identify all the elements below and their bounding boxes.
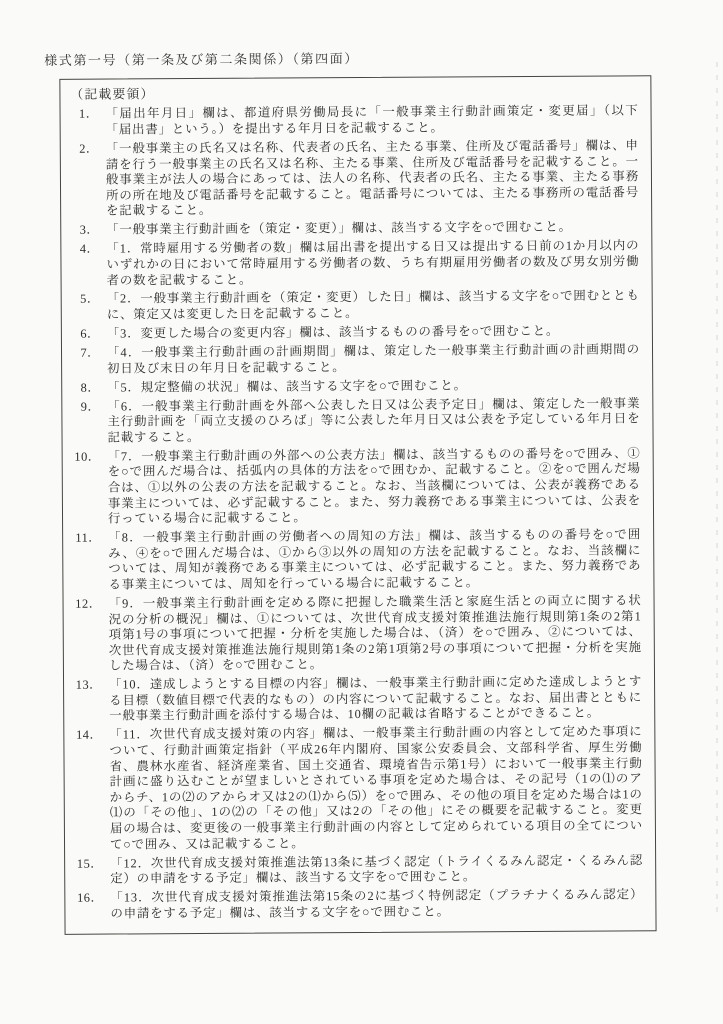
guideline-item-text: 「11．次世代育成支援対策の内容」欄は、一般事業主行動計画の内容として定めた事項… bbox=[109, 725, 643, 853]
guideline-item: 16．「13．次世代育成支援対策推進法第15条の2に基づく特例認定（プラチナくる… bbox=[73, 887, 643, 922]
guideline-item: 9．「6．一般事業主行動計画を外部へ公表した日又は公表予定日」欄は、策定した一般… bbox=[70, 396, 640, 446]
guideline-item-number: 16． bbox=[73, 891, 110, 922]
guideline-item: 7．「4．一般事業主行動計画の計画期間」欄は、策定した一般事業主行動計画の計画期… bbox=[70, 342, 640, 377]
guideline-item-number: 11． bbox=[71, 531, 108, 594]
guideline-item-number: 14． bbox=[72, 728, 110, 853]
guideline-item-text: 「2．一般事業主行動計画を（策定・変更）した日」欄は、該当する文字を○で囲むとと… bbox=[107, 289, 640, 323]
guidelines-box: （記載要領） 1．「届出年月日」欄は、都道府県労働局長に「一般事業主行動計画策定… bbox=[59, 75, 656, 935]
guideline-item-text: 「5．規定整備の状況」欄は、該当する文字を○で囲むこと。 bbox=[107, 377, 640, 396]
guideline-item-text: 「10．達成しようとする目標の内容」欄は、一般事業主行動計画に定めた達成しようと… bbox=[109, 675, 642, 725]
guideline-item: 14．「11．次世代育成支援対策の内容」欄は、一般事業主行動計画の内容として定め… bbox=[72, 725, 643, 853]
guideline-item-number: 3． bbox=[69, 223, 106, 239]
guidelines-list: 1．「届出年月日」欄は、都道府県労働局長に「一般事業主行動計画策定・変更届」（以… bbox=[69, 104, 644, 922]
guideline-item-text: 「1．常時雇用する労働者の数」欄は届出書を提出する日又は提出する日前の1か月以内… bbox=[106, 239, 639, 289]
guideline-item-number: 10． bbox=[71, 449, 108, 527]
guideline-item: 12．「9．一般事業主行動計画を定める際に把握した職業生活と家庭生活との両立に関… bbox=[72, 593, 642, 674]
guideline-item-text: 「12．次世代育成支援対策推進法第13条に基づく認定（トライくるみん認定・くるみ… bbox=[110, 853, 643, 887]
guideline-item-number: 12． bbox=[72, 596, 109, 674]
guideline-item-text: 「一般事業主行動計画を（策定・変更）」欄は、該当する文字を○で囲むこと。 bbox=[106, 220, 639, 239]
guideline-item: 13．「10．達成しようとする目標の内容」欄は、一般事業主行動計画に定めた達成し… bbox=[72, 675, 642, 725]
scan-noise-artifact bbox=[716, 62, 718, 912]
guideline-item-text: 「6．一般事業主行動計画を外部へ公表した日又は公表予定日」欄は、策定した一般事業… bbox=[107, 396, 640, 446]
guideline-item: 4．「1．常時雇用する労働者の数」欄は届出書を提出する日又は提出する日前の1か月… bbox=[69, 239, 639, 289]
guidelines-heading: （記載要領） bbox=[70, 83, 638, 103]
guideline-item-text: 「9．一般事業主行動計画を定める際に把握した職業生活と家庭生活との両立に関する状… bbox=[109, 593, 642, 674]
guideline-item-number: 15． bbox=[73, 856, 110, 887]
guideline-item-number: 8． bbox=[70, 380, 107, 396]
guideline-item-text: 「7．一般事業主行動計画の外部への公表方法」欄は、該当するものの番号を○で囲み、… bbox=[108, 446, 641, 527]
page-title: 様式第一号（第一条及び第二条関係）（第四面） bbox=[44, 48, 359, 69]
guideline-item-text: 「一般事業主の氏名又は名称、代表者の氏名、主たる事業、住所及び電話番号」欄は、申… bbox=[106, 138, 639, 219]
guideline-item: 10．「7．一般事業主行動計画の外部への公表方法」欄は、該当するものの番号を○で… bbox=[71, 446, 641, 527]
guideline-item-text: 「3．変更した場合の変更内容」欄は、該当するものの番号を○で囲むこと。 bbox=[107, 323, 640, 342]
guideline-item-number: 5． bbox=[70, 292, 107, 323]
guideline-item-number: 13． bbox=[72, 678, 109, 725]
guideline-item-number: 2． bbox=[69, 142, 106, 220]
guideline-item: 3．「一般事業主行動計画を（策定・変更）」欄は、該当する文字を○で囲むこと。 bbox=[69, 220, 639, 239]
document-sheet: 様式第一号（第一条及び第二条関係）（第四面） （記載要領） 1．「届出年月日」欄… bbox=[0, 0, 723, 1024]
guideline-item-text: 「4．一般事業主行動計画の計画期間」欄は、策定した一般事業主行動計画の計画期間の… bbox=[107, 342, 640, 376]
guideline-item: 1．「届出年月日」欄は、都道府県労働局長に「一般事業主行動計画策定・変更届」（以… bbox=[69, 104, 639, 139]
guideline-item: 2．「一般事業主の氏名又は名称、代表者の氏名、主たる事業、住所及び電話番号」欄は… bbox=[69, 138, 639, 219]
scanned-document-page: 様式第一号（第一条及び第二条関係）（第四面） （記載要領） 1．「届出年月日」欄… bbox=[0, 0, 723, 1024]
guideline-item-text: 「8．一般事業主行動計画の労働者への周知の方法」欄は、該当するものの番号を○で囲… bbox=[108, 527, 641, 593]
guideline-item-number: 6． bbox=[70, 327, 107, 343]
guideline-item: 15．「12．次世代育成支援対策推進法第13条に基づく認定（トライくるみん認定・… bbox=[73, 853, 643, 888]
guideline-item-text: 「13．次世代育成支援対策推進法第15条の2に基づく特例認定（プラチナくるみん認… bbox=[110, 887, 643, 921]
guideline-item-number: 4． bbox=[69, 242, 106, 289]
guideline-item: 11．「8．一般事業主行動計画の労働者への周知の方法」欄は、該当するものの番号を… bbox=[71, 527, 641, 593]
guideline-item-number: 9． bbox=[70, 399, 107, 446]
guideline-item-number: 1． bbox=[69, 107, 106, 138]
guideline-item: 6．「3．変更した場合の変更内容」欄は、該当するものの番号を○で囲むこと。 bbox=[70, 323, 640, 342]
guideline-item-text: 「届出年月日」欄は、都道府県労働局長に「一般事業主行動計画策定・変更届」（以下「… bbox=[106, 104, 639, 138]
guideline-item: 8．「5．規定整備の状況」欄は、該当する文字を○で囲むこと。 bbox=[70, 377, 640, 396]
guideline-item-number: 7． bbox=[70, 346, 107, 377]
guideline-item: 5．「2．一般事業主行動計画を（策定・変更）した日」欄は、該当する文字を○で囲む… bbox=[70, 289, 640, 324]
